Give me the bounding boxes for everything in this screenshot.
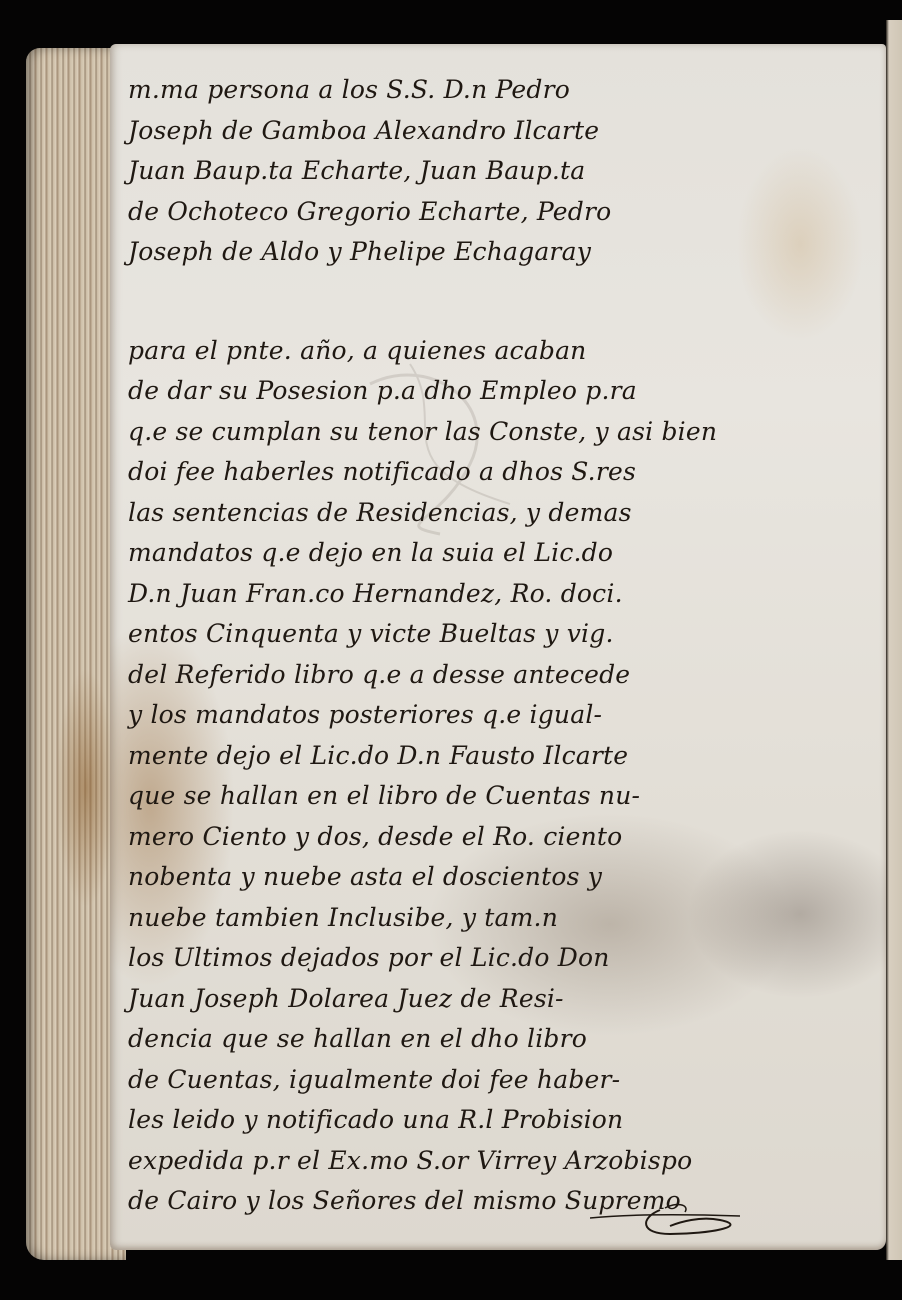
text-line-7: de dar su Posesion p.a dho Empleo p.ra bbox=[128, 371, 808, 412]
text-line-17: que se hallan en el libro de Cuentas nu- bbox=[128, 776, 808, 817]
text-line-22: Juan Joseph Dolarea Juez de Resi- bbox=[128, 979, 808, 1020]
text-line-12: D.n Juan Fran.co Hernandez, Ro. doci. bbox=[128, 574, 808, 615]
text-line-3: Juan Baup.ta Echarte, Juan Baup.ta bbox=[128, 151, 808, 192]
text-line-20: nuebe tambien Inclusibe, y tam.n bbox=[128, 898, 808, 939]
text-line-13: entos Cinquenta y victe Bueltas y vig. bbox=[128, 614, 808, 655]
text-line-1: m.ma persona a los S.S. D.n Pedro bbox=[128, 70, 808, 111]
text-line-4: de Ochoteco Gregorio Echarte, Pedro bbox=[128, 192, 808, 233]
text-line-9: doi fee haberles notificado a dhos S.res bbox=[128, 452, 808, 493]
text-line-18: mero Ciento y dos, desde el Ro. ciento bbox=[128, 817, 808, 858]
text-line-8: q.e se cumplan su tenor las Conste, y as… bbox=[128, 412, 808, 453]
text-line-16: mente dejo el Lic.do D.n Fausto Ilcarte bbox=[128, 736, 808, 777]
text-line-21: los Ultimos dejados por el Lic.do Don bbox=[128, 938, 808, 979]
text-line-6: para el pnte. año, a quienes acaban bbox=[128, 331, 808, 372]
text-line-24: de Cuentas, igualmente doi fee haber- bbox=[128, 1060, 808, 1101]
text-line-15: y los mandatos posteriores q.e igual- bbox=[128, 695, 808, 736]
text-line-11: mandatos q.e dejo en la suia el Lic.do bbox=[128, 533, 808, 574]
manuscript-text: m.ma persona a los S.S. D.n Pedro Joseph… bbox=[128, 70, 808, 1222]
text-line-14: del Referido libro q.e a desse antecede bbox=[128, 655, 808, 696]
text-line-5: Joseph de Aldo y Phelipe Echagaray bbox=[128, 232, 808, 273]
scan-scene: m.ma persona a los S.S. D.n Pedro Joseph… bbox=[0, 0, 902, 1300]
text-line-26: expedida p.r el Ex.mo S.or Virrey Arzobi… bbox=[128, 1141, 808, 1182]
text-line-23: dencia que se hallan en el dho libro bbox=[128, 1019, 808, 1060]
text-line-25: les leido y notificado una R.l Probision bbox=[128, 1100, 808, 1141]
text-line-2: Joseph de Gamboa Alexandro Ilcarte bbox=[128, 111, 808, 152]
next-page-edge bbox=[886, 20, 902, 1260]
rubric-signature-flourish bbox=[590, 1200, 750, 1240]
text-line-10: las sentencias de Residencias, y demas bbox=[128, 493, 808, 534]
text-line-19: nobenta y nuebe asta el doscientos y bbox=[128, 857, 808, 898]
